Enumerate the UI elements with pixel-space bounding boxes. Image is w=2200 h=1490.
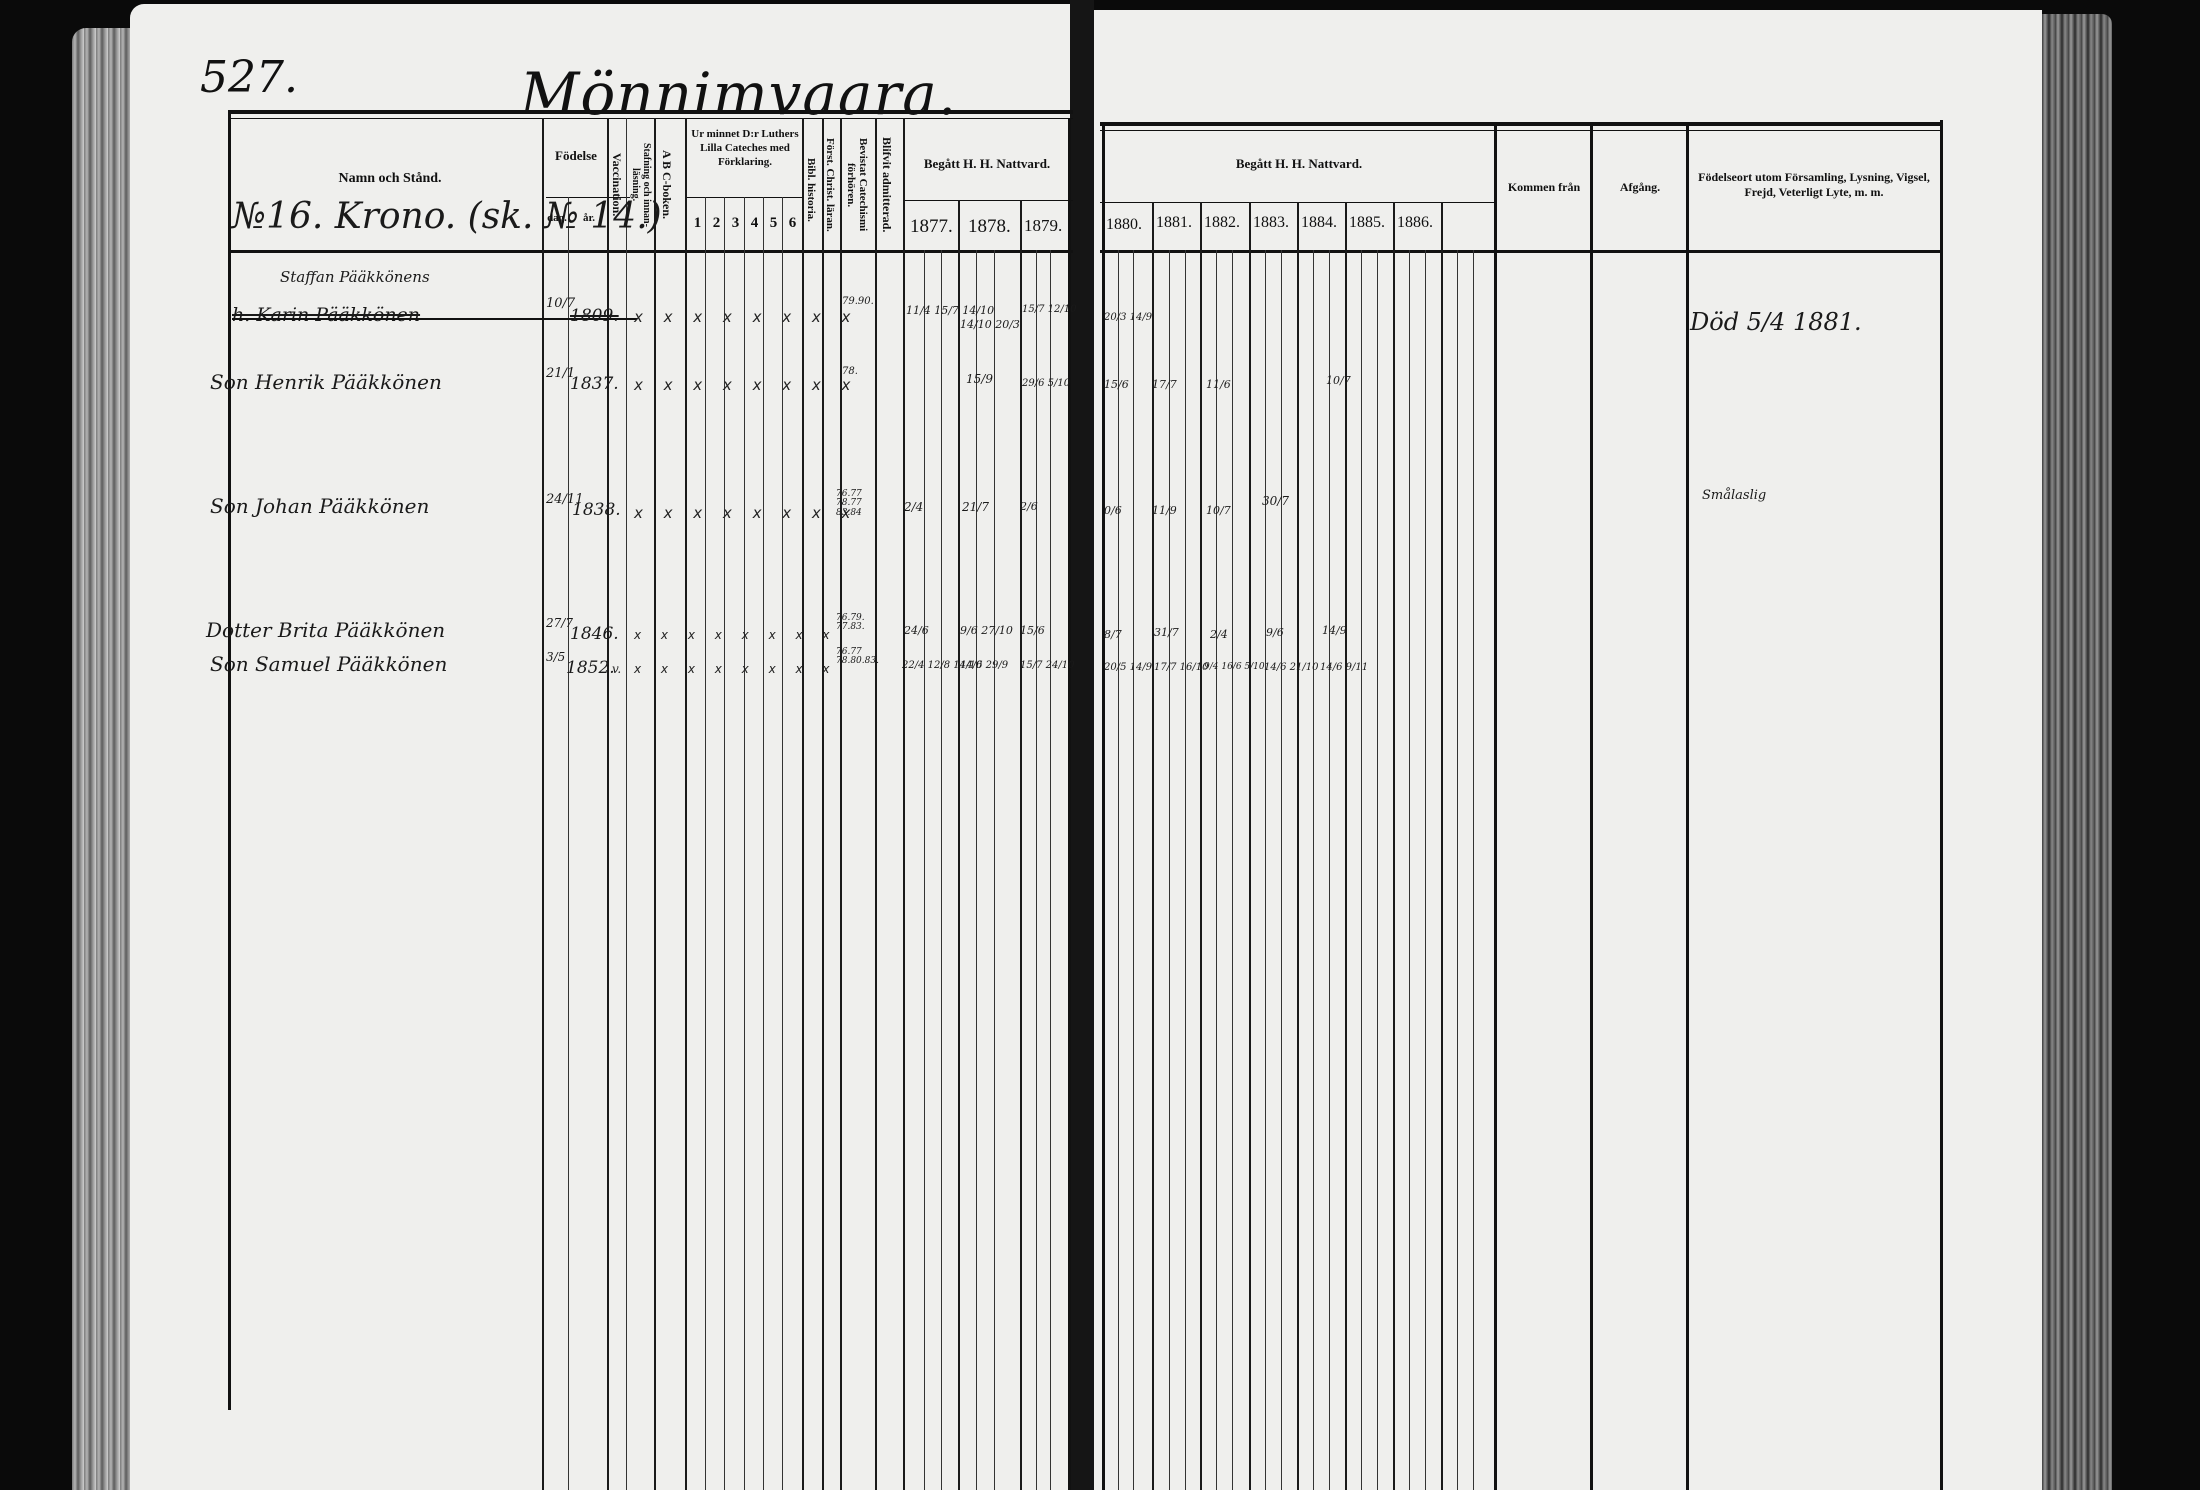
nattvard-1880: 8/7 xyxy=(1104,628,1122,641)
header-vaccination: Vaccination. xyxy=(610,130,623,240)
birth-year: 1852. xyxy=(566,658,615,678)
nattvard-1880: 20/3 14/9 xyxy=(1104,312,1152,323)
entry-name: Dotter Brita Pääkkönen xyxy=(206,618,445,642)
header-fodelseort: Födelseort utom Församling, Lysning, Vig… xyxy=(1692,170,1936,200)
year-1886: 1886. xyxy=(1397,214,1433,232)
col-divider xyxy=(1590,126,1593,1490)
left-page-edge xyxy=(72,28,134,1490)
col-divider xyxy=(1393,202,1395,1490)
book-gutter xyxy=(1070,0,1094,1490)
nattvard-1882: 9/4 16/6 5/10 xyxy=(1204,662,1265,672)
header-stafning: Stafning och innan-läsning. xyxy=(630,130,652,240)
forhor-years: 76.77 78.80.83. xyxy=(836,648,874,667)
vaccination-mark: v. xyxy=(612,662,621,676)
col-divider xyxy=(1494,126,1497,1490)
nattvard-1879: 2/6 xyxy=(1020,500,1038,513)
nattvard-1881: 17/7 xyxy=(1152,378,1177,391)
header-catechism: Ur minnet D:r Luthers Lilla Cateches med… xyxy=(688,128,802,169)
col-divider xyxy=(1232,250,1233,1490)
birth-year: 1838. xyxy=(572,500,621,520)
year-1880: 1880. xyxy=(1106,216,1142,234)
header-cat-4: 4 xyxy=(745,214,764,233)
left-header-bottom-border xyxy=(228,250,1073,253)
col-divider xyxy=(1409,250,1410,1490)
right-header-bottom-border xyxy=(1100,250,1940,253)
col-divider xyxy=(626,118,627,1490)
header-fodelse: Födelse xyxy=(546,148,606,164)
forhor-years: 79.90. xyxy=(842,296,874,307)
left-table-right-border xyxy=(1068,118,1071,1490)
birth-year: 1837. xyxy=(570,374,619,394)
header-bevistat: Bevistat Catechismi förhören. xyxy=(845,130,869,240)
header-cat-2: 2 xyxy=(707,214,726,233)
col-divider xyxy=(1345,202,1347,1490)
header-name: Namn och Stånd. xyxy=(300,170,480,188)
col-divider xyxy=(941,250,942,1490)
col-divider xyxy=(924,250,925,1490)
nattvard-1883: 30/7 xyxy=(1262,494,1289,508)
header-kommen: Kommen från xyxy=(1498,180,1590,195)
year-1885: 1885. xyxy=(1349,214,1385,232)
nattvard-1877: 11/4 15/7 14/10 xyxy=(906,304,994,317)
entry-name: Son Samuel Pääkkönen xyxy=(210,652,447,676)
forhor-years: 76.77 78.77 83.84 xyxy=(836,490,874,518)
right-table-right-border xyxy=(1940,120,1943,1490)
nattvard-1883: 9/6 xyxy=(1266,626,1284,639)
nattvard-1881: 17/7 16/10 xyxy=(1154,662,1208,673)
col-divider xyxy=(1152,202,1154,1490)
birth-year: 1809. xyxy=(570,306,619,326)
year-1884: 1884. xyxy=(1301,214,1337,232)
header-nattvard-left: Begått H. H. Nattvard. xyxy=(906,156,1068,172)
col-divider xyxy=(1050,250,1051,1490)
nattvard-1878: 14/6 29/9 xyxy=(960,660,1008,671)
nattvard-1878: 21/7 xyxy=(962,500,989,514)
header-cat-6: 6 xyxy=(783,214,802,233)
col-divider xyxy=(1297,202,1299,1490)
header-abc: A B C-boken. xyxy=(660,130,673,240)
catechism-marks: x x x x x x x x xyxy=(634,662,838,676)
entry-name: h. Karin Pääkkönen xyxy=(232,304,420,326)
col-divider xyxy=(1425,250,1426,1490)
col-divider xyxy=(1249,202,1251,1490)
header-blifvit: Blifvit admitterad. xyxy=(880,130,893,240)
nattvard-1879: 15/6 xyxy=(1020,624,1045,637)
forhor-years: 78. xyxy=(842,366,858,377)
nattvard-1879: 29/6 5/10 xyxy=(1022,378,1070,389)
nattvard-1884: 14/6 9/11 xyxy=(1320,662,1368,673)
nattvard-1878: 15/9 xyxy=(966,372,993,386)
col-divider xyxy=(568,197,569,1490)
entry-name: Son Henrik Pääkkönen xyxy=(210,370,442,394)
col-divider xyxy=(1020,200,1022,1490)
col-divider xyxy=(1473,250,1474,1490)
col-divider xyxy=(1281,250,1282,1490)
birth-day: 3/5 xyxy=(546,650,565,664)
right-table-border xyxy=(1102,126,1105,1490)
col-divider xyxy=(1329,250,1330,1490)
col-divider xyxy=(1265,250,1266,1490)
nattvard-left-sub-rule xyxy=(905,200,1073,201)
birth-year: 1846. xyxy=(570,624,619,644)
col-divider xyxy=(542,118,544,1490)
note: Smålaslig xyxy=(1702,488,1766,503)
catechism-marks: x x x x x x x x xyxy=(634,628,838,642)
nattvard-1878: 9/6 27/10 xyxy=(960,624,1013,637)
col-divider xyxy=(976,250,977,1490)
col-divider xyxy=(1441,202,1443,1490)
col-divider xyxy=(1216,250,1217,1490)
entry-name-prefix: Staffan Pääkkönens xyxy=(280,268,430,286)
nattvard-1879: 15/7 24/10 xyxy=(1020,660,1074,671)
catechism-marks: x x x x x x x x xyxy=(634,376,858,394)
year-1883: 1883. xyxy=(1253,214,1289,232)
col-divider xyxy=(1686,126,1689,1490)
year-1879: 1879. xyxy=(1024,216,1062,236)
left-table-top-rule xyxy=(228,118,1073,119)
right-table-top-rule xyxy=(1100,130,1940,131)
col-divider xyxy=(1313,250,1314,1490)
col-divider xyxy=(1377,250,1378,1490)
left-table-top-border xyxy=(228,110,1073,114)
right-table-top-border xyxy=(1100,122,1940,126)
col-divider xyxy=(1169,250,1170,1490)
header-cat-5: 5 xyxy=(764,214,783,233)
col-divider xyxy=(1361,250,1362,1490)
col-divider xyxy=(994,250,995,1490)
catechism-marks: x x x x x x x x xyxy=(634,504,858,522)
col-divider xyxy=(1133,250,1134,1490)
nattvard-1878: 14/10 20/3 xyxy=(960,318,1020,331)
death-note: Död 5/4 1881. xyxy=(1690,308,1862,336)
year-1881: 1881. xyxy=(1156,214,1192,232)
page-number: 527. xyxy=(200,52,298,103)
header-bibl: Bibl. historia. xyxy=(805,140,817,240)
col-divider xyxy=(903,118,905,1490)
col-divider xyxy=(1118,250,1119,1490)
header-nattvard-right: Begått H. H. Nattvard. xyxy=(1104,156,1494,172)
col-divider xyxy=(958,200,960,1490)
nattvard-1882: 11/6 xyxy=(1206,378,1231,391)
nattvard-1880: 15/6 xyxy=(1104,378,1129,391)
header-forst: Först. Christ. läran. xyxy=(824,130,836,240)
nattvard-1882: 2/4 xyxy=(1210,628,1228,641)
forhor-years: 76.79. 77.83. xyxy=(836,614,872,633)
nattvard-1880: 0/6 xyxy=(1104,504,1122,517)
nattvard-1880: 20/5 14/9 xyxy=(1104,662,1152,673)
col-divider xyxy=(1457,250,1458,1490)
left-table-border xyxy=(228,110,231,1410)
nattvard-1884: 14/9 xyxy=(1322,624,1347,637)
year-1877: 1877. xyxy=(910,216,953,238)
nattvard-1882: 10/7 xyxy=(1206,504,1231,517)
nattvard-1877: 24/6 xyxy=(904,624,929,637)
nattvard-1883: 14/6 21/10 xyxy=(1264,662,1318,673)
header-ar: år. xyxy=(572,212,606,226)
header-cat-3: 3 xyxy=(726,214,745,233)
col-divider xyxy=(1200,202,1202,1490)
header-afgang: Afgång. xyxy=(1594,180,1686,195)
header-cat-1: 1 xyxy=(688,214,707,233)
col-divider xyxy=(1185,250,1186,1490)
nattvard-1877: 2/4 xyxy=(904,500,923,514)
col-divider xyxy=(1036,250,1037,1490)
year-1878: 1878. xyxy=(968,216,1011,238)
right-page-edge xyxy=(2042,14,2112,1490)
header-dag: dag. xyxy=(546,212,568,226)
nattvard-1879: 15/7 12/10 xyxy=(1022,304,1076,315)
nattvard-1881: 11/9 xyxy=(1152,504,1177,517)
catechism-sub-rule xyxy=(686,197,804,198)
right-page xyxy=(1094,10,2042,1490)
nattvard-1881: 31/7 xyxy=(1154,626,1179,639)
year-1882: 1882. xyxy=(1204,214,1240,232)
col-divider xyxy=(875,118,877,1490)
nattvard-1884: 10/7 xyxy=(1326,374,1351,387)
birth-day: 27/7 xyxy=(546,616,573,630)
entry-name: Son Johan Pääkkönen xyxy=(210,494,429,518)
catechism-marks: x x x x x x x x xyxy=(634,308,858,326)
